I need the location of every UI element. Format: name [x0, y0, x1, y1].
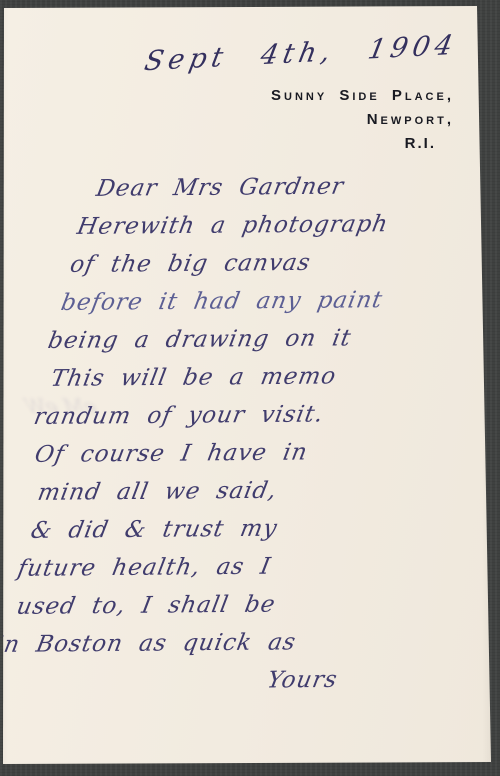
letter-line: used to, I shall be — [13, 585, 395, 626]
letter-line: randum of your visit. — [31, 395, 431, 436]
letter-line: mind all we said, — [35, 471, 417, 512]
letterhead-city-line: Newport, — [271, 108, 454, 132]
letter-line: This will be a memo — [48, 357, 438, 398]
letterhead: Sunny Side Place, Newport, R.I. — [271, 84, 454, 156]
letter-line-salutation: Dear Mrs Gardner — [93, 167, 473, 208]
letter-line: of the big canvas — [67, 243, 459, 284]
letter-line: Of course I have in — [32, 433, 424, 474]
letter-line: Herewith a photograph — [74, 205, 466, 246]
letter-paper: Sept 4th, 1904 Sunny Side Place, Newport… — [0, 0, 500, 776]
letter-body: Dear Mrs Gardner Herewith a photograph o… — [0, 167, 473, 702]
scan-background: Sept 4th, 1904 Sunny Side Place, Newport… — [0, 0, 500, 776]
letter-line: before it had any paint — [58, 281, 452, 322]
letter-line-signature: Yours — [0, 661, 381, 702]
letter-line: being a drawing on it — [45, 319, 445, 360]
letterhead-state-line: R.I. — [271, 132, 436, 156]
letter-line: & did & trust my — [27, 509, 409, 550]
letterhead-address-line: Sunny Side Place, — [271, 84, 454, 108]
letter-line: in Boston as quick as — [0, 623, 388, 664]
handwritten-date: Sept 4th, 1904 — [142, 29, 478, 78]
letter-line: future health, as I — [14, 547, 402, 588]
